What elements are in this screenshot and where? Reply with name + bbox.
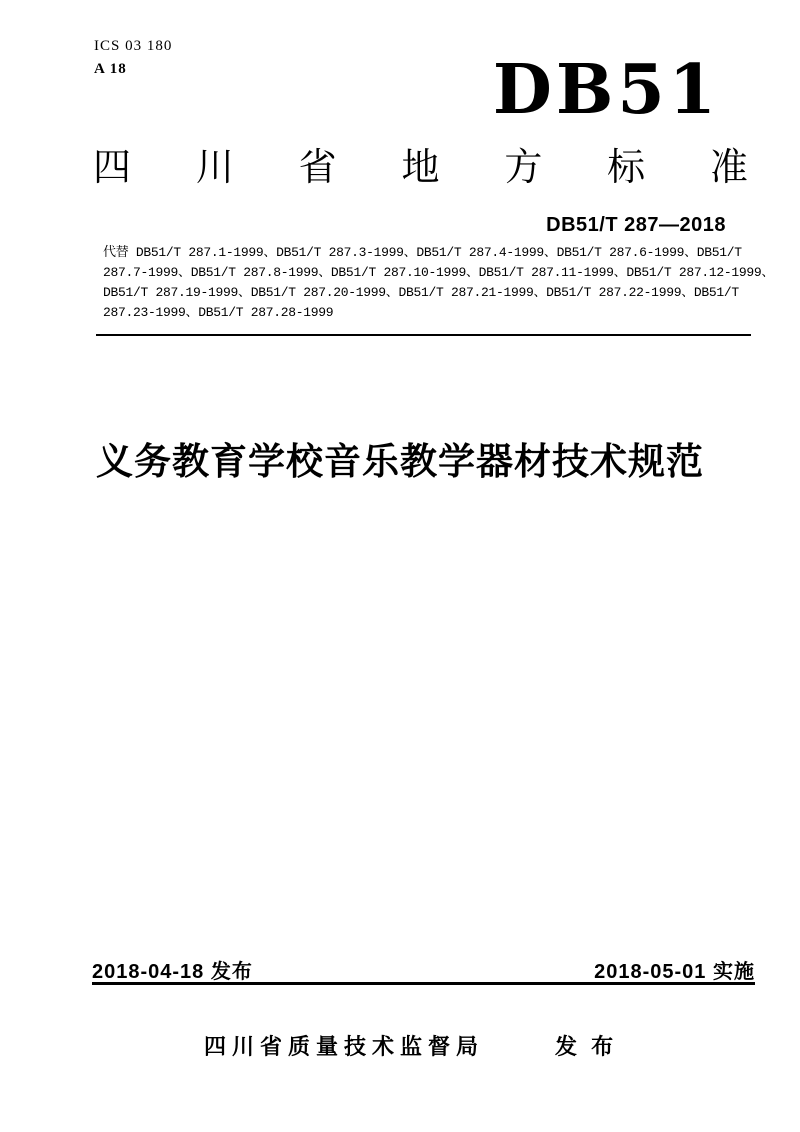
standard-name-char: 省 [299, 148, 337, 190]
ics-code: ICS 03 180 [94, 38, 172, 55]
standard-name-char: 地 [401, 148, 439, 190]
standard-name-char: 标 [607, 148, 645, 190]
implement-label: 实施 [713, 961, 755, 983]
publisher-name: 四川省质量技术监督局 [204, 1030, 484, 1061]
implement-date: 2018-05-01 [594, 961, 706, 983]
footer-divider-rule [92, 982, 755, 985]
standard-name-char: 川 [196, 148, 234, 190]
db51-logo: DB51 [493, 56, 720, 124]
supersedes-line: DB51/T 287.19-1999、DB51/T 287.20-1999、DB… [103, 283, 743, 303]
supersedes-line: 287.23-1999、DB51/T 287.28-1999 [103, 303, 743, 323]
issue-label: 发布 [211, 961, 253, 983]
standard-name-char: 四 [93, 148, 131, 190]
issue-date: 2018-04-18 [92, 961, 204, 983]
standard-name-row: 四 川 省 地 方 标 准 [93, 148, 748, 190]
header-divider-rule [96, 334, 751, 336]
document-title: 义务教育学校音乐教学器材技术规范 [0, 431, 800, 485]
supersedes-block: 代替 DB51/T 287.1-1999、DB51/T 287.3-1999、D… [103, 243, 743, 323]
standard-name-char: 准 [710, 148, 748, 190]
issue-date-group: 2018-04-18 发布 [92, 955, 253, 984]
release-label: 发 布 [555, 1030, 617, 1061]
standard-cover-page: ICS 03 180 A 18 DB51 四 川 省 地 方 标 准 DB51/… [0, 0, 800, 1132]
supersedes-line: 代替 DB51/T 287.1-1999、DB51/T 287.3-1999、D… [103, 243, 743, 263]
implement-date-group: 2018-05-01 实施 [594, 955, 755, 984]
standard-name-char: 方 [504, 148, 542, 190]
date-row: 2018-04-18 发布 2018-05-01 实施 [92, 955, 755, 984]
supersedes-line: 287.7-1999、DB51/T 287.8-1999、DB51/T 287.… [103, 263, 743, 283]
classification-code: A 18 [94, 61, 127, 78]
standard-number: DB51/T 287—2018 [546, 214, 726, 237]
